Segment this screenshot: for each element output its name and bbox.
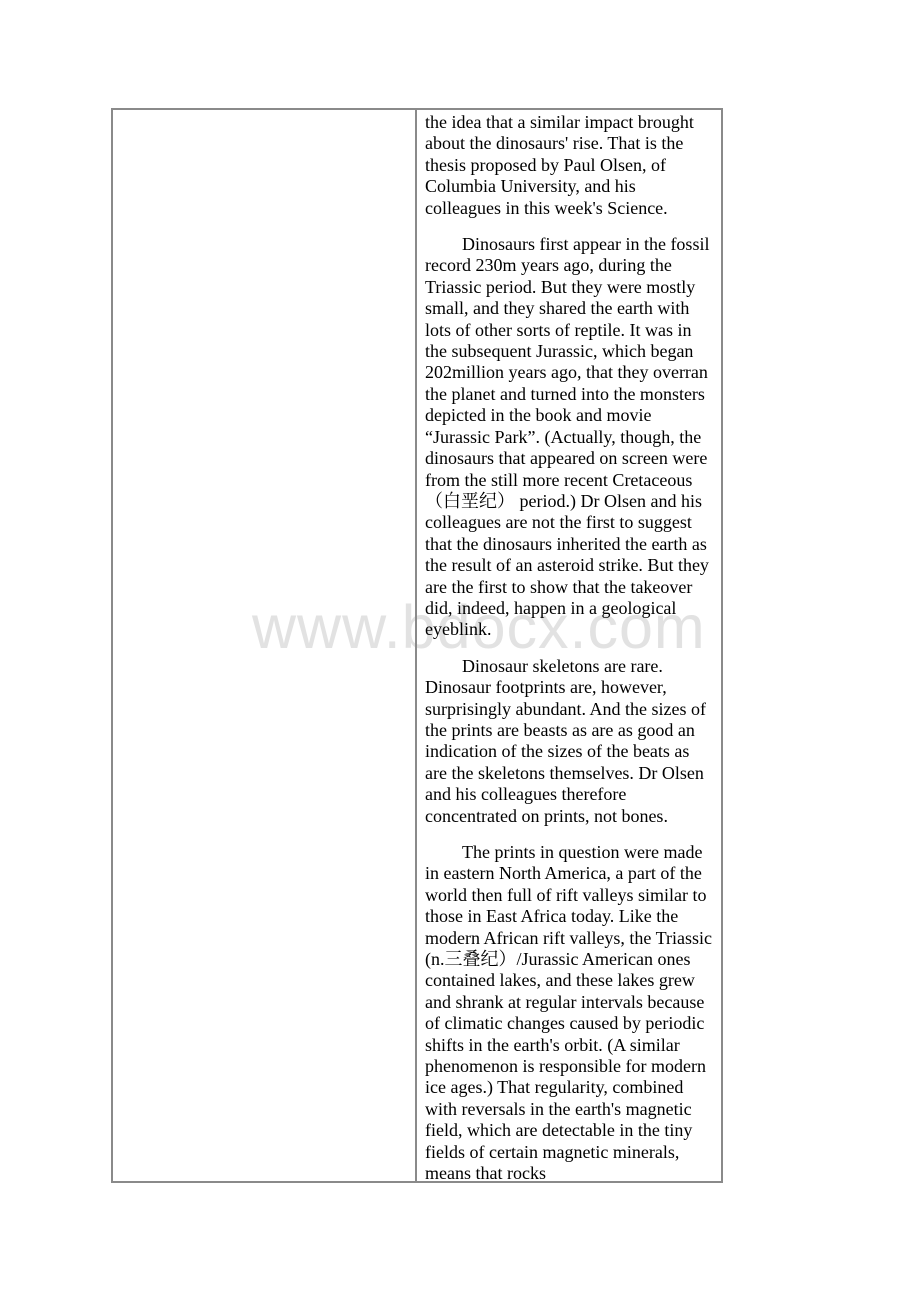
table-cell-right: the idea that a similar impact brought a… (417, 110, 721, 1181)
paragraph-dinosaurs-first-appear: Dinosaurs first appear in the fossil rec… (425, 234, 715, 641)
paragraph-dinosaur-skeletons: Dinosaur skeletons are rare. Dinosaur fo… (425, 656, 715, 827)
paragraph-prints-in-question: The prints in question were made in east… (425, 842, 715, 1185)
document-page: { "watermark": { "text": "www.bdocx.com"… (0, 0, 920, 1302)
table-cell-left-empty (113, 110, 417, 1181)
paragraph-continuation: the idea that a similar impact brought a… (425, 112, 715, 219)
document-table: the idea that a similar impact brought a… (111, 108, 723, 1183)
